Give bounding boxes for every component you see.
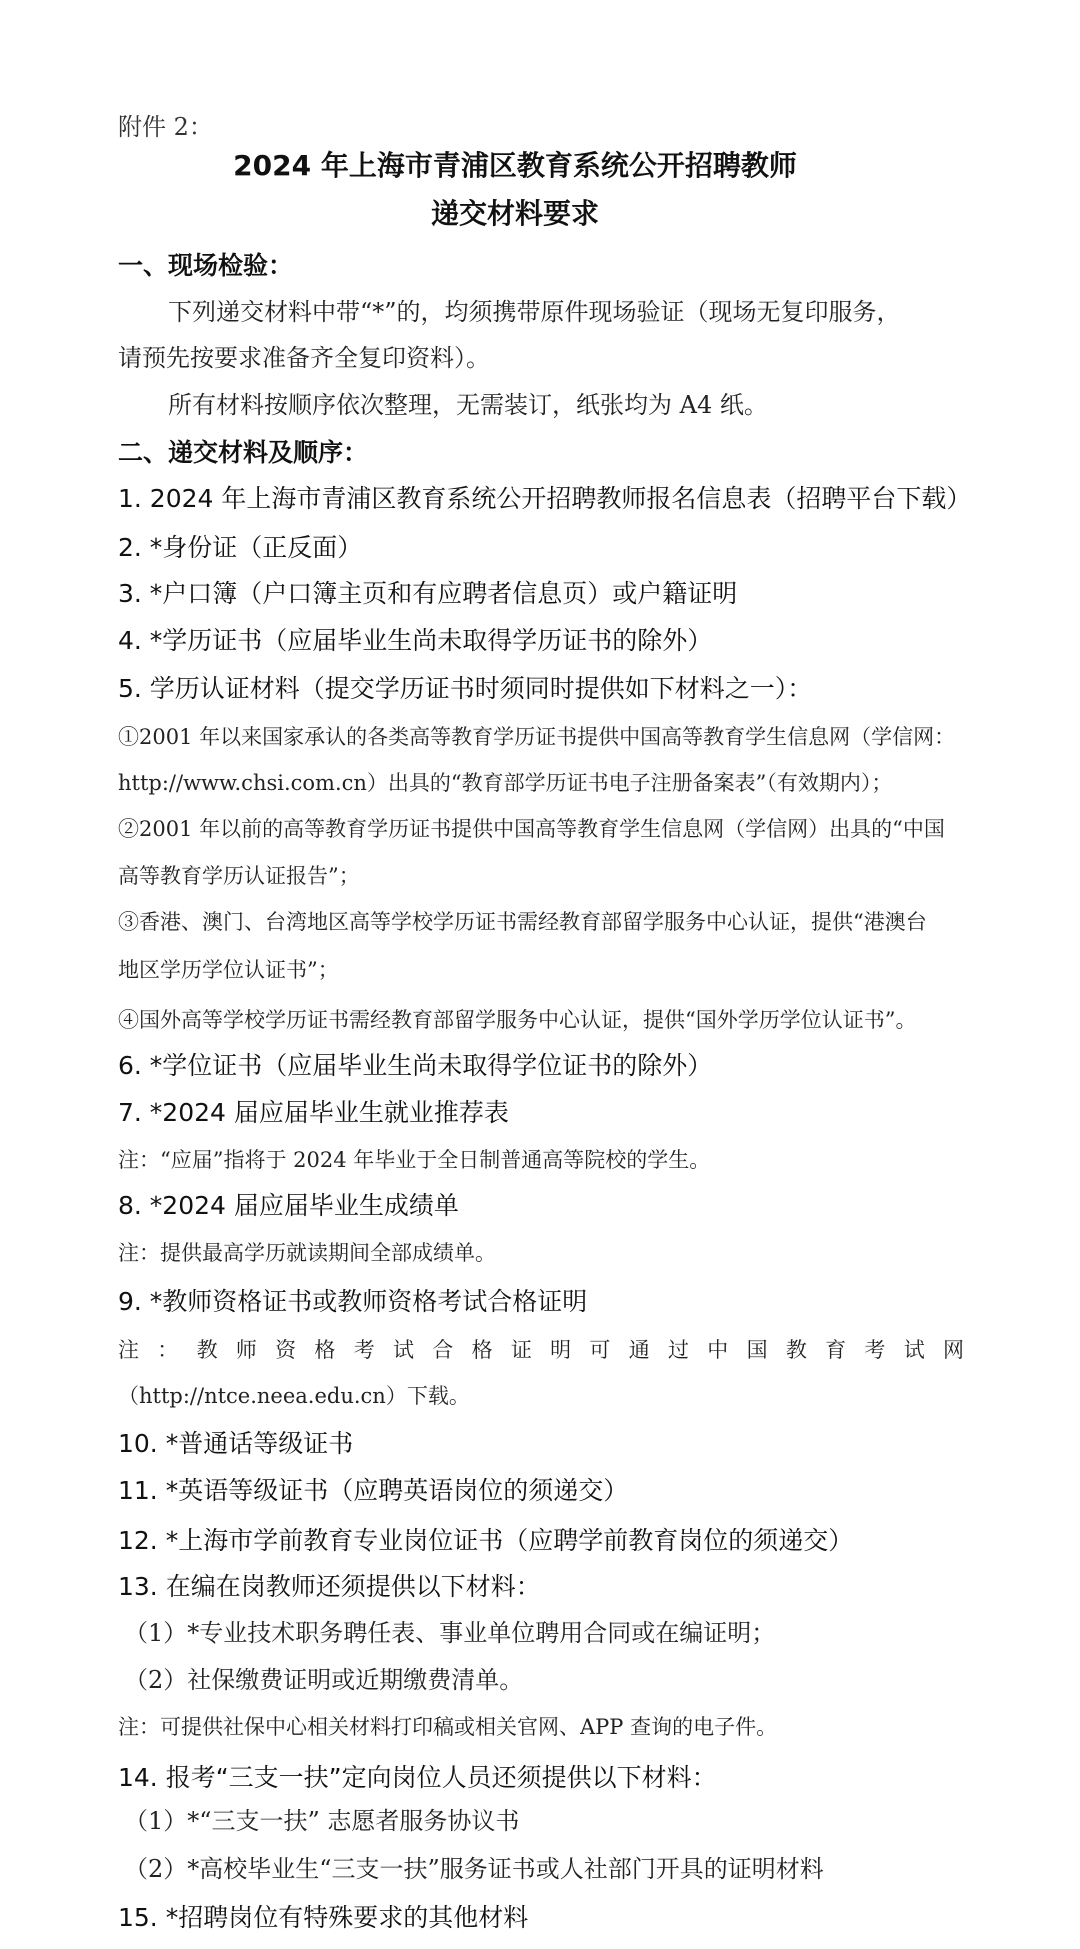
material-item-2: 2. *身份证（正反面）: [118, 535, 362, 560]
material-item-5: 5. 学历认证材料（提交学历证书时须同时提供如下材料之一）：: [118, 676, 812, 701]
document-title-line1: 2024 年上海市青浦区教育系统公开招聘教师: [0, 152, 1030, 180]
document-title-line2: 递交材料要求: [0, 200, 1030, 228]
item14-sub-2: （2）*高校毕业生“三支一扶”服务证书或人社部门开具的证明材料: [124, 1857, 824, 1881]
material-item-15: 15. *招聘岗位有特殊要求的其他材料: [118, 1905, 528, 1930]
material-item-3: 3. *户口簿（户口簿主页和有应聘者信息页）或户籍证明: [118, 581, 737, 606]
material-item-10: 10. *普通话等级证书: [118, 1431, 353, 1456]
item5-option-4: ④国外高等学校学历证书需经教育部留学服务中心认证，提供“国外学历学位认证书”。: [118, 1010, 916, 1031]
item13-note: 注：可提供社保中心相关材料打印稿或相关官网、APP 查询的电子件。: [118, 1717, 777, 1738]
section2-heading: 二、递交材料及顺序：: [118, 440, 368, 465]
attachment-label: 附件 2：: [118, 115, 213, 139]
material-item-4: 4. *学历证书（应届毕业生尚未取得学历证书的除外）: [118, 628, 712, 653]
item13-sub-1: （1）*专业技术职务聘任表、事业单位聘用合同或在编证明；: [124, 1621, 775, 1645]
section1-para1-line2: 请预先按要求准备齐全复印资料）。: [118, 346, 490, 370]
material-item-7: 7. *2024 届应届毕业生就业推荐表: [118, 1100, 509, 1125]
material-item-1: 1. 2024 年上海市青浦区教育系统公开招聘教师报名信息表（招聘平台下载）: [118, 486, 971, 511]
material-item-14: 14. 报考“三支一扶”定向岗位人员还须提供以下材料：: [118, 1765, 717, 1790]
item9-note-line2: （http://ntce.neea.edu.cn）下载。: [118, 1386, 470, 1407]
item5-option-3-line1: ③香港、澳门、台湾地区高等学校学历证书需经教育部留学服务中心认证，提供“港澳台: [118, 912, 927, 933]
item13-sub-2: （2）社保缴费证明或近期缴费清单。: [124, 1668, 523, 1692]
item14-sub-1: （1）*“三支一扶” 志愿者服务协议书: [124, 1809, 519, 1833]
material-item-12: 12. *上海市学前教育专业岗位证书（应聘学前教育岗位的须递交）: [118, 1528, 853, 1553]
section1-para1-line1: 下列递交材料中带“*”的，均须携带原件现场验证（现场无复印服务，: [168, 300, 901, 324]
section1-heading: 一、现场检验：: [118, 253, 293, 278]
item8-note: 注：提供最高学历就读期间全部成绩单。: [118, 1243, 496, 1264]
material-item-6: 6. *学位证书（应届毕业生尚未取得学位证书的除外）: [118, 1053, 712, 1078]
item9-note-line1: 注：教师资格考试合格证明可通过中国教育考试网: [118, 1340, 964, 1361]
section1-para2: 所有材料按顺序依次整理，无需装订，纸张均为 A4 纸。: [168, 393, 768, 417]
item7-note: 注：“应届”指将于 2024 年毕业于全日制普通高等院校的学生。: [118, 1150, 710, 1171]
material-item-8: 8. *2024 届应届毕业生成绩单: [118, 1193, 459, 1218]
item5-option-3-line2: 地区学历学位认证书”；: [118, 960, 339, 981]
material-item-13: 13. 在编在岗教师还须提供以下材料：: [118, 1574, 541, 1599]
item5-option-1-line2: http://www.chsi.com.cn）出具的“教育部学历证书电子注册备案…: [118, 773, 892, 794]
material-item-11: 11. *英语等级证书（应聘英语岗位的须递交）: [118, 1478, 628, 1503]
item5-option-2-line1: ②2001 年以前的高等教育学历证书提供中国高等教育学生信息网（学信网）出具的“…: [118, 819, 945, 840]
material-item-9: 9. *教师资格证书或教师资格考试合格证明: [118, 1289, 587, 1314]
item5-option-2-line2: 高等教育学历认证报告”；: [118, 866, 360, 887]
item5-option-1-line1: ①2001 年以来国家承认的各类高等教育学历证书提供中国高等教育学生信息网（学信…: [118, 727, 955, 748]
